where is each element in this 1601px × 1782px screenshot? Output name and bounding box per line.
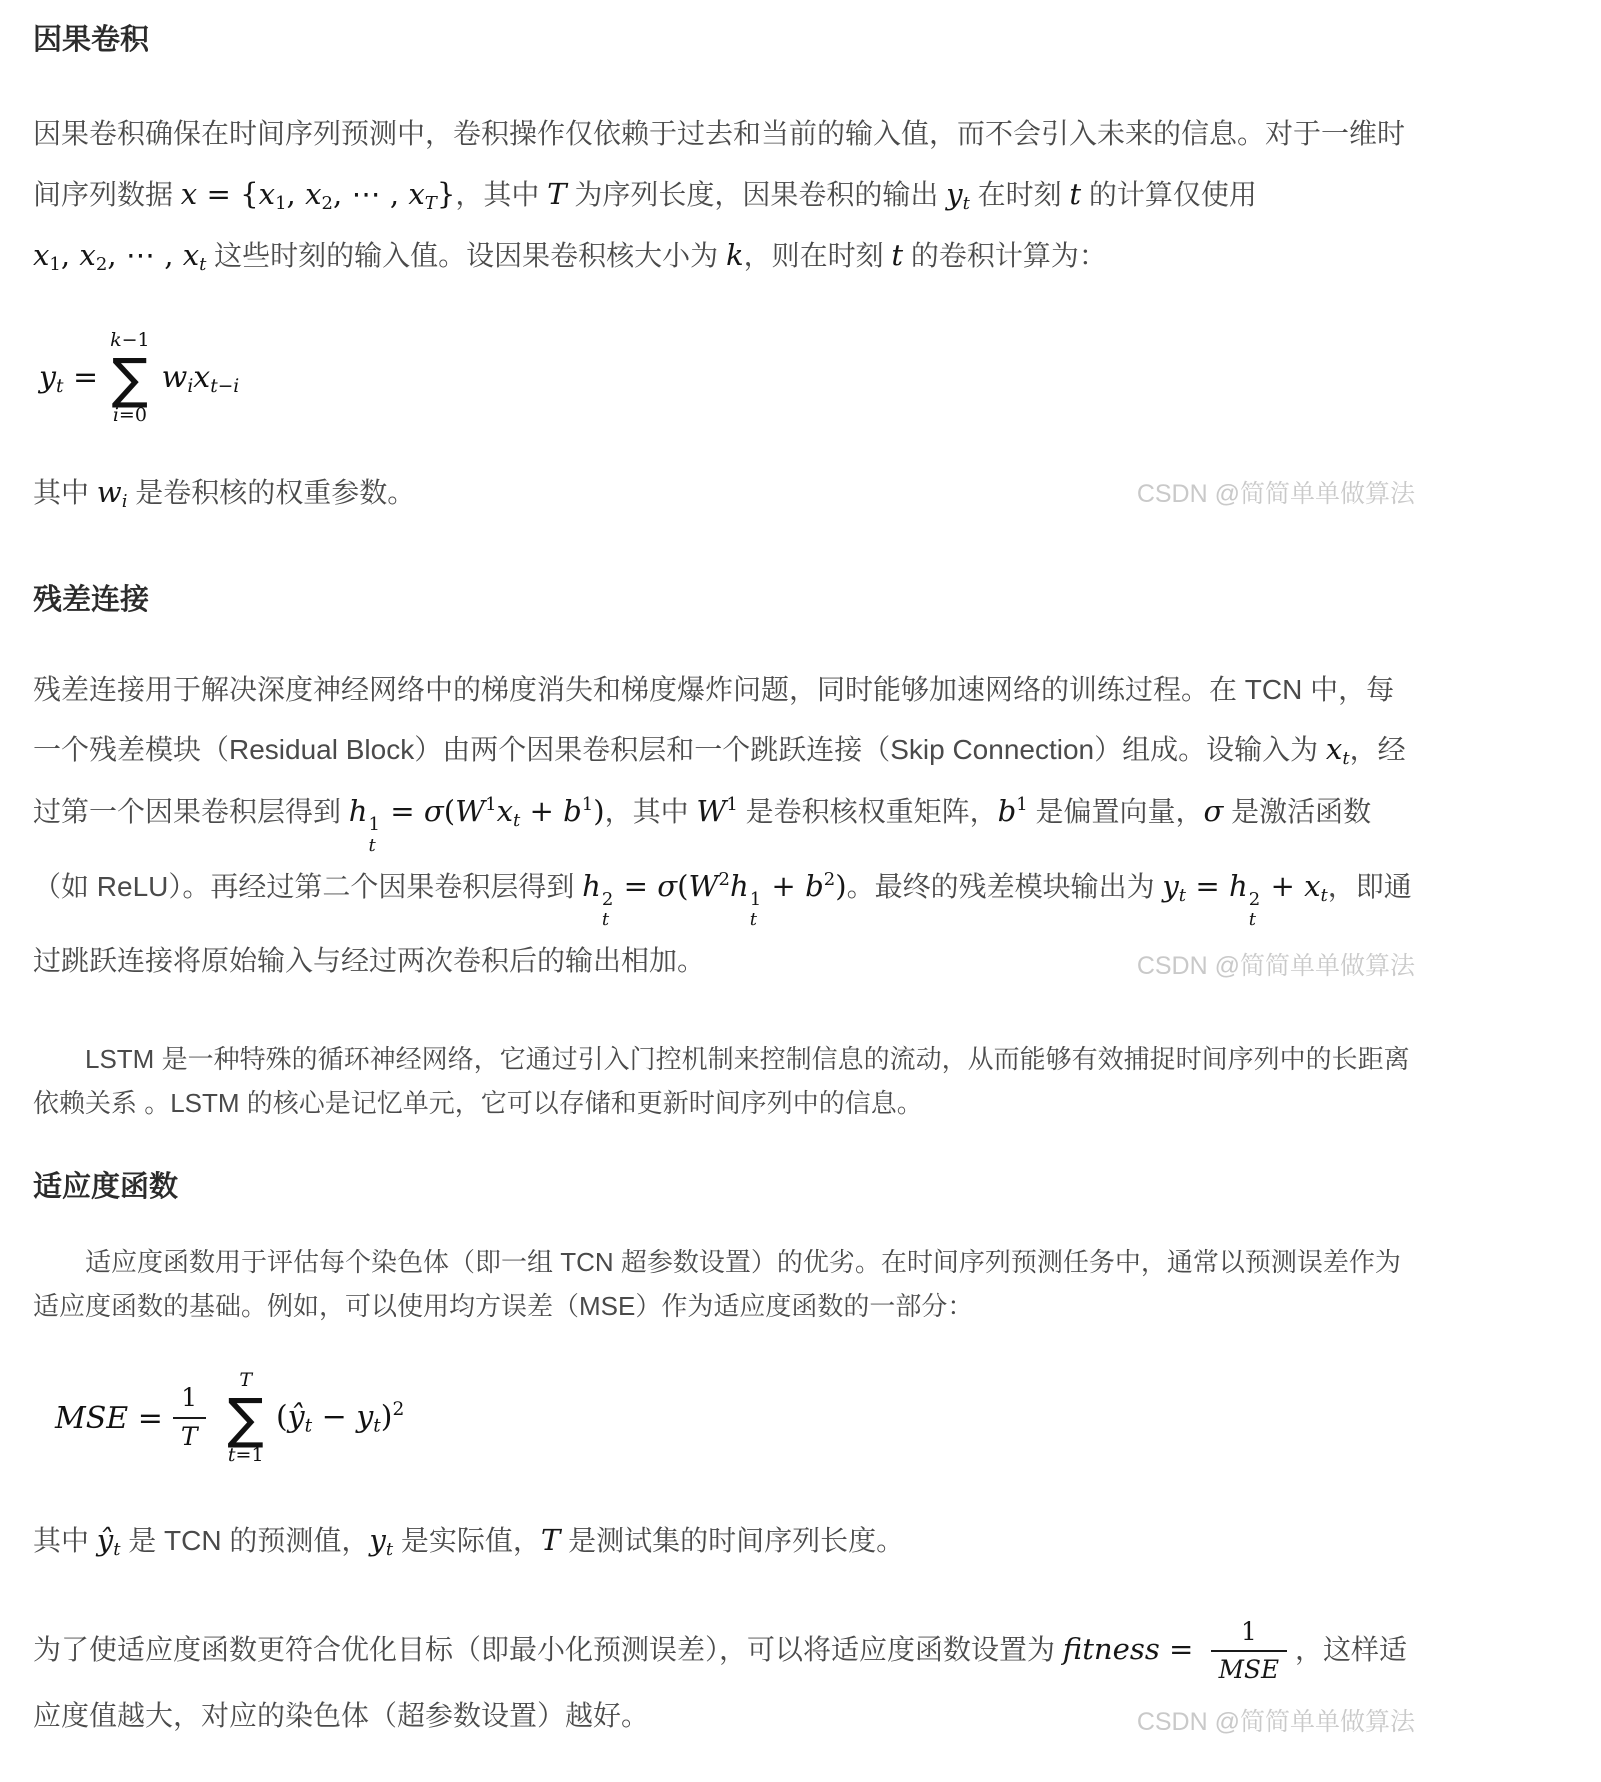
- note-row-weight-params: 其中 wi 是卷积核的权重参数。 CSDN @简简单单做算法: [33, 462, 1415, 524]
- text-run: 其中: [33, 1525, 97, 1556]
- section-residual-connection: 残差连接 残差连接用于解决深度神经网络中的梯度消失和梯度爆炸问题，同时能够加速网…: [33, 582, 1415, 990]
- summation-symbol: T ∑ t=1: [228, 1369, 264, 1468]
- sum-lower-limit: t=1: [228, 1444, 264, 1468]
- paragraph-residual-wrapper: 残差连接用于解决深度神经网络中的梯度消失和梯度爆炸问题，同时能够加速网络的训练过…: [33, 660, 1415, 990]
- text-run: 其中: [33, 477, 97, 508]
- csdn-watermark: CSDN @简简单单做算法: [1137, 946, 1415, 982]
- section-causal-convolution: 因果卷积 因果卷积确保在时间序列预测中，卷积操作仅依赖于过去和当前的输入值，而不…: [33, 22, 1415, 524]
- fraction-denominator: T: [173, 1417, 206, 1452]
- document-root: 因果卷积 因果卷积确保在时间序列预测中，卷积操作仅依赖于过去和当前的输入值，而不…: [0, 0, 1415, 1782]
- formula-rhs: wixt−i: [162, 360, 240, 397]
- inline-math: fitness = 1MSE: [1063, 1632, 1295, 1666]
- inline-math: h2t = σ(W2h1t + b2): [582, 869, 846, 903]
- text-run: 是卷积核的权重参数。: [127, 477, 415, 508]
- text-run: 适应度函数用于评估每个染色体（即一组 TCN 超参数设置）的优劣。在时间序列预测…: [33, 1247, 1401, 1321]
- summation-symbol: k−1 ∑ i=0: [110, 329, 150, 428]
- formula-lhs: yt =: [39, 360, 98, 397]
- fraction-numerator: 1: [173, 1384, 205, 1417]
- paragraph-fitness-intro: 适应度函数用于评估每个染色体（即一组 TCN 超参数设置）的优劣。在时间序列预测…: [33, 1241, 1415, 1328]
- heading-causal-convolution: 因果卷积: [33, 22, 1415, 58]
- paragraph-mse-terms: 其中 ŷt 是 TCN 的预测值，yt 是实际值，T 是测试集的时间序列长度。: [33, 1510, 1415, 1572]
- text-run: 是偏置向量，: [1028, 796, 1204, 827]
- paragraph-residual-connection: 残差连接用于解决深度神经网络中的梯度消失和梯度爆炸问题，同时能够加速网络的训练过…: [33, 660, 1415, 990]
- inline-math: h1t = σ(W1xt + b1): [349, 794, 605, 828]
- inline-math: ŷt: [97, 1523, 121, 1557]
- text-run: ，其中: [455, 179, 547, 210]
- sum-lower-limit: i=0: [113, 404, 147, 428]
- fraction-one-over-T: 1 T: [173, 1384, 206, 1452]
- inline-math: yt: [946, 177, 970, 211]
- csdn-watermark: CSDN @简简单单做算法: [1137, 474, 1415, 510]
- inline-math: x1, x2, ⋯ , xt: [33, 238, 206, 272]
- text-run: 为了使适应度函数更符合优化目标（即最小化预测误差），可以将适应度函数设置为: [33, 1634, 1063, 1665]
- csdn-watermark: CSDN @简简单单做算法: [1137, 1702, 1415, 1738]
- inline-math: wi: [97, 475, 128, 509]
- text-run: 是实际值，: [393, 1525, 541, 1556]
- text-run: 是 TCN 的预测值，: [121, 1525, 370, 1556]
- inline-math: t: [891, 238, 903, 272]
- inline-math: W1: [696, 794, 737, 828]
- formula-causal-convolution: yt = k−1 ∑ i=0 wixt−i: [39, 329, 1415, 428]
- heading-fitness-function: 适应度函数: [33, 1169, 1415, 1205]
- text-run: 的计算仅使用: [1081, 179, 1257, 210]
- heading-residual-connection: 残差连接: [33, 582, 1415, 618]
- sigma-icon: ∑: [228, 1393, 264, 1444]
- formula-lhs: MSE =: [55, 1401, 163, 1436]
- inline-math: x = {x1, x2, ⋯ , xT}: [181, 177, 456, 211]
- section-fitness-function: 适应度函数 适应度函数用于评估每个染色体（即一组 TCN 超参数设置）的优劣。在…: [33, 1169, 1415, 1746]
- text-run: ，其中: [605, 796, 697, 827]
- text-run: 的卷积计算为：: [903, 240, 1107, 271]
- formula-rhs: (ŷt − yt)2: [276, 1399, 404, 1437]
- text-run: 。最终的残差模块输出为: [847, 871, 1163, 902]
- text-run: 是测试集的时间序列长度。: [560, 1525, 904, 1556]
- paragraph-closing-wrapper: 为了使适应度函数更符合优化目标（即最小化预测误差），可以将适应度函数设置为 fi…: [33, 1617, 1415, 1746]
- paragraph-lstm: LSTM 是一种特殊的循环神经网络，它通过引入门控机制来控制信息的流动，从而能够…: [33, 1038, 1415, 1125]
- inline-math: T: [547, 177, 566, 211]
- fraction: 1MSE: [1211, 1618, 1287, 1685]
- inline-math: yt = h2t + xt: [1162, 869, 1327, 903]
- text-run: 在时刻: [970, 179, 1070, 210]
- sigma-icon: ∑: [112, 353, 148, 404]
- text-run: 这些时刻的输入值。设因果卷积核大小为: [206, 240, 726, 271]
- paragraph-causal-convolution: 因果卷积确保在时间序列预测中，卷积操作仅依赖于过去和当前的输入值，而不会引入未来…: [33, 104, 1415, 287]
- inline-math: b1: [998, 794, 1028, 828]
- text-run: 是卷积核权重矩阵，: [738, 796, 998, 827]
- inline-math: T: [541, 1523, 560, 1557]
- inline-math: yt: [369, 1523, 393, 1557]
- text-run: 为序列长度，因果卷积的输出: [567, 179, 947, 210]
- inline-math: t: [1069, 177, 1081, 211]
- formula-mse: MSE = 1 T T ∑ t=1 (ŷt − yt)2: [55, 1369, 1415, 1468]
- text-run: 残差连接用于解决深度神经网络中的梯度消失和梯度爆炸问题，同时能够加速网络的训练过…: [33, 674, 1394, 765]
- inline-math: k: [726, 238, 744, 272]
- text-run: ，则在时刻: [744, 240, 892, 271]
- inline-math: xt: [1326, 732, 1350, 766]
- note-weight-params: 其中 wi 是卷积核的权重参数。: [33, 462, 415, 524]
- text-run: LSTM 是一种特殊的循环神经网络，它通过引入门控机制来控制信息的流动，从而能够…: [33, 1044, 1410, 1118]
- inline-math: σ: [1204, 794, 1224, 828]
